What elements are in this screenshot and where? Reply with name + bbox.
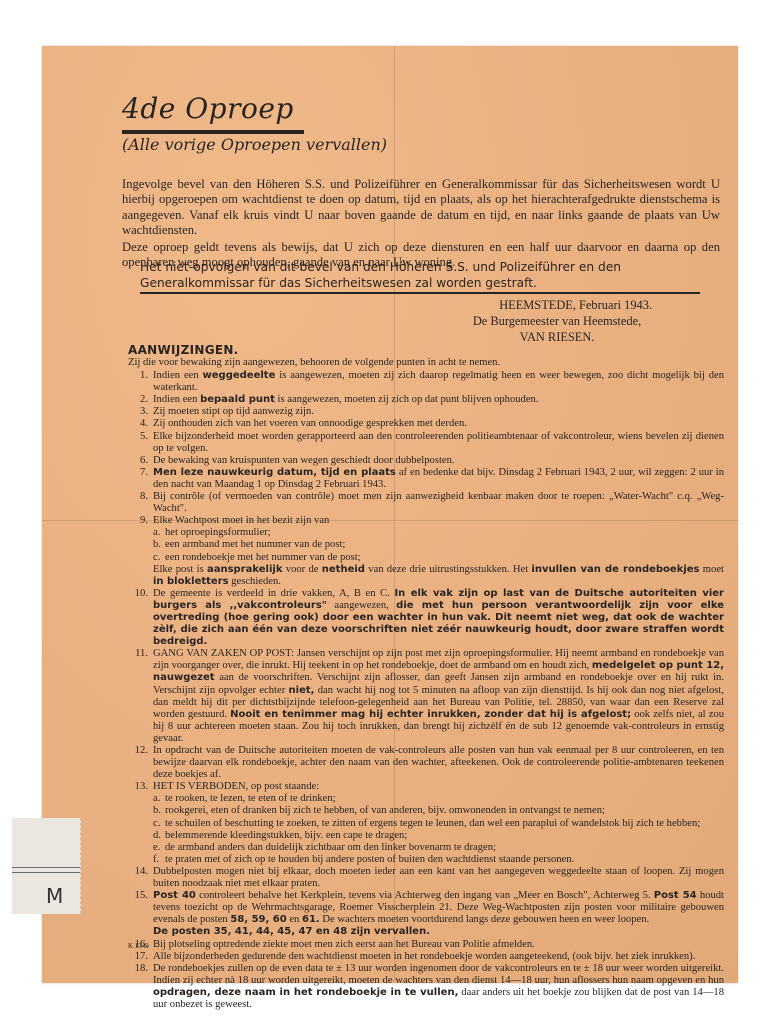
sub-item: d.belemmerende kleedingstukken, bijv. ee… [153,830,724,842]
sub-item-text: te schuilen of beschutting te zoeken, te… [165,818,724,830]
instruction-item: 11.GANG VAN ZAKEN OP POST: Jansen versch… [128,648,724,745]
emphasis-text: 61. [302,914,320,925]
document-title: 4de Oproep [122,92,294,125]
body-text: Indien een [153,394,200,405]
instruction-item: 12.In opdracht van de Duitsche autoritei… [128,745,724,781]
item-number: 11. [128,648,153,745]
emphasis-text: Nooit en tenimmer mag hij echter inrukke… [230,709,631,720]
sub-item: c.te schuilen of beschutting te zoeken, … [153,818,724,830]
item-text: De rondeboekjes zullen op de even data t… [153,963,724,1011]
sub-item: a.het oproepingsformulier; [153,527,724,539]
item-number: 12. [128,745,153,781]
body-text: Indien een [153,370,203,381]
collection-label-tag: M [12,818,81,914]
item-number: 15. [128,890,153,938]
item-text: Bij plotseling optredende ziekte moet me… [153,939,724,951]
emphasis-text: opdragen, deze naam in het rondeboekje i… [153,987,458,998]
instruction-item: 2.Indien een bepaald punt is aangewezen,… [128,394,724,406]
instruction-items: 1.Indien een weggedeelte is aangewezen, … [128,370,724,1011]
body-text: In opdracht van de Duitsche autoriteiten… [153,745,724,780]
item-text: GANG VAN ZAKEN OP POST: Jansen verschijn… [153,648,724,745]
body-text: is aangewezen, moeten zij zich op dat pu… [275,394,539,405]
item-number: 4. [128,418,153,430]
item-text: Elke bijzonderheid moet worden gerapport… [153,431,724,455]
item-number: 17. [128,951,153,963]
instruction-item: 14.Dubbelposten mogen niet bij elkaar, d… [128,866,724,890]
sub-item-text: belemmerende kleedingstukken, bijv. een … [165,830,724,842]
body-text: geschieden. [229,576,281,587]
body-text: Bij contrôle (of vermoeden van contrôle)… [153,491,724,514]
item-number: 6. [128,455,153,467]
signatory-office: De Burgemeester van Heemstede, [462,313,652,329]
signature-block: HEEMSTEDE, Februari 1943. De Burgemeeste… [462,297,652,345]
item-text: Bij contrôle (of vermoeden van contrôle)… [153,491,724,515]
sub-item-text: de armband anders dan duidelijk zichtbaa… [165,842,724,854]
sub-item-letter: e. [153,842,165,854]
emphasis-text: in blokletters [153,576,229,587]
item-number: 10. [128,588,153,648]
item-number: 2. [128,394,153,406]
item-text: In opdracht van de Duitsche autoriteiten… [153,745,724,781]
item-text: Zij onthouden zich van het voeren van on… [153,418,724,430]
emphasis-text: niet, [289,685,315,696]
item-continuation: De posten 35, 41, 44, 45, 47 en 48 zijn … [153,926,724,938]
body-text: Elke bijzonderheid moet worden gerapport… [153,431,724,454]
sub-item-text: het oproepingsformulier; [165,527,724,539]
form-code: K 1349 [128,942,149,950]
tag-rule [12,872,80,873]
sub-item-letter: b. [153,805,165,817]
instruction-item: 17.Alle bijzonderheden gedurende den wac… [128,951,724,963]
item-text: Post 40 controleert behalve het Kerkplei… [153,890,724,938]
body-text: moet [700,564,724,575]
sub-item: b.rookgerei, eten of dranken bij zich te… [153,805,724,817]
item-text: HET IS VERBODEN, op post staande:a.te ro… [153,781,724,866]
body-text: De wachters moeten voortdurend langs dez… [320,914,649,925]
sub-item-letter: d. [153,830,165,842]
sub-item-letter: a. [153,527,165,539]
sub-item-letter: b. [153,539,165,551]
body-text: Elke Wachtpost moet in het bezit zijn va… [153,515,329,526]
item-text: Elke Wachtpost moet in het bezit zijn va… [153,515,724,588]
item-text: Zij moeten stipt op tijd aanwezig zijn. [153,406,724,418]
emphasis-text: weggedeelte [203,370,276,381]
body-text: controleert behalve het Kerkplein, teven… [196,890,654,901]
item-number: 3. [128,406,153,418]
instruction-item: 9.Elke Wachtpost moet in het bezit zijn … [128,515,724,588]
item-number: 18. [128,963,153,1011]
item-number: 5. [128,431,153,455]
body-text: Dubbelposten mogen niet bij elkaar, doch… [153,866,724,889]
place-date: HEEMSTEDE, Februari 1943. [462,297,652,313]
item-number: 1. [128,370,153,394]
emphasis-text: 58, 59, 60 [230,914,286,925]
body-text: HET IS VERBODEN, op post staande: [153,781,319,792]
sub-item-text: een armband met het nummer van de post; [165,539,724,551]
penalty-warning: Het niet-opvolgen van dit bevel van den … [140,259,700,294]
collection-label-letter: M [46,884,63,908]
instruction-item: 18.De rondeboekjes zullen op de even dat… [128,963,724,1011]
instructions-list: Zij die voor bewaking zijn aangewezen, b… [128,357,724,1011]
sub-item-letter: f. [153,854,165,866]
sub-item: a.te rooken, te lezen, te eten of te dri… [153,793,724,805]
item-text: Men leze nauwkeurig datum, tijd en plaat… [153,467,724,491]
emphasis-text: netheid [322,564,365,575]
body-text: Alle bijzonderheden gedurende den wachtd… [153,951,695,962]
sub-item: c.een rondeboekje met het nummer van de … [153,552,724,564]
intro-paragraph: Ingevolge bevel van den Höheren S.S. und… [122,177,720,238]
instruction-item: 6.De bewaking van kruispunten van wegen … [128,455,724,467]
sub-item-letter: c. [153,552,165,564]
body-text: aangewezen, [327,600,396,611]
body-text: Zij moeten stipt op tijd aanwezig zijn. [153,406,314,417]
sub-item: f.te praten met of zich op te houden bij… [153,854,724,866]
sub-item-text: een rondeboekje met het nummer van de po… [165,552,724,564]
body-text: Bij plotseling optredende ziekte moet me… [153,939,535,950]
sub-item-text: te praten met of zich op te houden bij a… [165,854,724,866]
body-text: Elke post is [153,564,207,575]
instruction-item: 4.Zij onthouden zich van het voeren van … [128,418,724,430]
body-text: De rondeboekjes zullen op de even data t… [153,963,724,986]
item-number: 14. [128,866,153,890]
instruction-item: 7.Men leze nauwkeurig datum, tijd en pla… [128,467,724,491]
instruction-item: 3.Zij moeten stipt op tijd aanwezig zijn… [128,406,724,418]
item-number: 13. [128,781,153,866]
body-text: De gemeente is verdeeld in drie vakken, … [153,588,394,599]
body-text: voor de [283,564,322,575]
title-underline [122,130,304,134]
sub-item-text: rookgerei, eten of dranken bij zich te h… [165,805,724,817]
body-text: Zij onthouden zich van het voeren van on… [153,418,467,429]
item-text: Indien een weggedeelte is aangewezen, mo… [153,370,724,394]
item-number: 9. [128,515,153,588]
emphasis-text: De posten 35, 41, 44, 45, 47 en 48 zijn … [153,926,430,937]
item-text: De bewaking van kruispunten van wegen ge… [153,455,724,467]
body-text: De bewaking van kruispunten van wegen ge… [153,455,455,466]
emphasis-text: Men leze nauwkeurig datum, tijd en plaat… [153,467,396,478]
instruction-item: 13.HET IS VERBODEN, op post staande:a.te… [128,781,724,866]
signatory-name: VAN RIESEN. [462,329,652,345]
item-number: 7. [128,467,153,491]
tag-rule [12,867,80,868]
instruction-item: 16.Bij plotseling optredende ziekte moet… [128,939,724,951]
instruction-item: 8.Bij contrôle (of vermoeden van contrôl… [128,491,724,515]
sub-item: e.de armband anders dan duidelijk zichtb… [153,842,724,854]
instructions-heading: AANWIJZINGEN. [128,343,239,357]
item-number: 8. [128,491,153,515]
body-text: van deze drie uitrustingsstukken. Het [365,564,531,575]
instruction-item: 5.Elke bijzonderheid moet worden gerappo… [128,431,724,455]
document-sheet: 4de Oproep (Alle vorige Oproepen vervall… [42,46,738,983]
instruction-item: 15.Post 40 controleert behalve het Kerkp… [128,890,724,938]
emphasis-text: bepaald punt [200,394,275,405]
emphasis-text: Post 40 [153,890,196,901]
item-text: Alle bijzonderheden gedurende den wachtd… [153,951,724,963]
sub-item-letter: a. [153,793,165,805]
sub-item-text: te rooken, te lezen, te eten of te drink… [165,793,724,805]
emphasis-text: aansprakelijk [207,564,283,575]
instructions-lead: Zij die voor bewaking zijn aangewezen, b… [128,357,724,369]
item-text: Indien een bepaald punt is aangewezen, m… [153,394,724,406]
body-text: en [287,914,302,925]
instruction-item: 10.De gemeente is verdeeld in drie vakke… [128,588,724,648]
sub-item-letter: c. [153,818,165,830]
emphasis-text: invullen van de rondeboekjes [531,564,699,575]
instruction-item: 1.Indien een weggedeelte is aangewezen, … [128,370,724,394]
item-text: De gemeente is verdeeld in drie vakken, … [153,588,724,648]
sub-item: b.een armband met het nummer van de post… [153,539,724,551]
item-continuation: Elke post is aansprakelijk voor de nethe… [153,564,724,588]
document-subtitle: (Alle vorige Oproepen vervallen) [122,135,387,154]
item-text: Dubbelposten mogen niet bij elkaar, doch… [153,866,724,890]
emphasis-text: Post 54 [654,890,697,901]
